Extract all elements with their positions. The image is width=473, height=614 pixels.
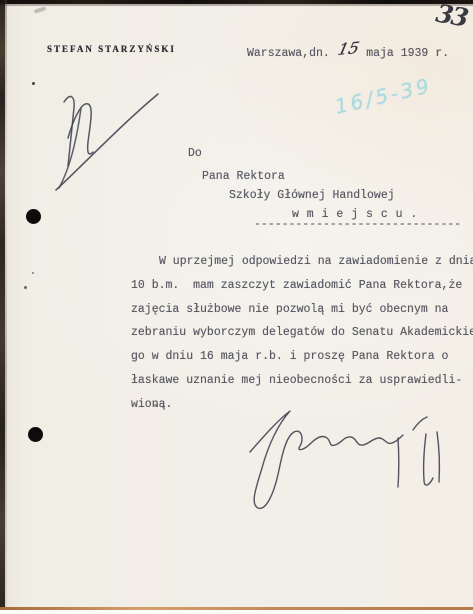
recipient-line-rektor: Pana Rektora: [202, 170, 285, 183]
dateline-day-handwritten: 15: [336, 38, 361, 59]
dateline-month-year: maja 1939 r.: [366, 47, 449, 60]
paraph-initials: [44, 86, 169, 198]
scan-speck: [24, 286, 27, 289]
dateline: Warszawa,dn. 15 maja 1939 r.: [247, 41, 449, 60]
registry-date-note: 16/5-39: [333, 73, 434, 119]
letterhead-name: STEFAN STARZYŃSKI: [47, 44, 176, 54]
scan-speck: [32, 82, 35, 85]
body-line: zebraniu wyborczym delegatów do Senatu A…: [131, 321, 473, 345]
recipient-line-school: Szkoły Głównej Handlowej: [229, 189, 395, 202]
body-line: łaskawe uznanie mej nieobecności za uspr…: [131, 369, 473, 393]
scan-speck: [34, 6, 47, 14]
signature-starzynski: [230, 402, 455, 512]
recipient-underline: ------------------------------: [254, 218, 461, 231]
letter-body: W uprzejmej odpowiedzi na zawiadomienie …: [131, 250, 473, 417]
recipient-line-do: Do: [188, 147, 202, 160]
body-line: zajęcia służbowe nie pozwolą mi być obec…: [131, 298, 473, 322]
scan-speck: [162, 406, 164, 408]
archival-page-number: 33: [434, 0, 469, 32]
scan-edge-bottom-white: [0, 610, 473, 614]
scan-speck: [32, 272, 34, 274]
dateline-place: Warszawa,dn.: [247, 47, 330, 60]
body-line: 10 b.m. mam zaszczyt zawiadomić Pana Rek…: [131, 274, 473, 298]
scan-speck: [154, 404, 158, 407]
scan-edge-left-shadow: [5, 0, 7, 614]
hole-punch-bottom: [28, 427, 43, 442]
scan-edge-top-shadow: [0, 4, 473, 6]
hole-punch-top: [26, 209, 41, 224]
body-line: go w dniu 16 maja r.b. i proszę Pana Rek…: [131, 345, 473, 369]
body-line: W uprzejmej odpowiedzi na zawiadomienie …: [131, 250, 473, 274]
scanned-letter-page: 33 STEFAN STARZYŃSKI Warszawa,dn. 15 maj…: [0, 0, 473, 614]
